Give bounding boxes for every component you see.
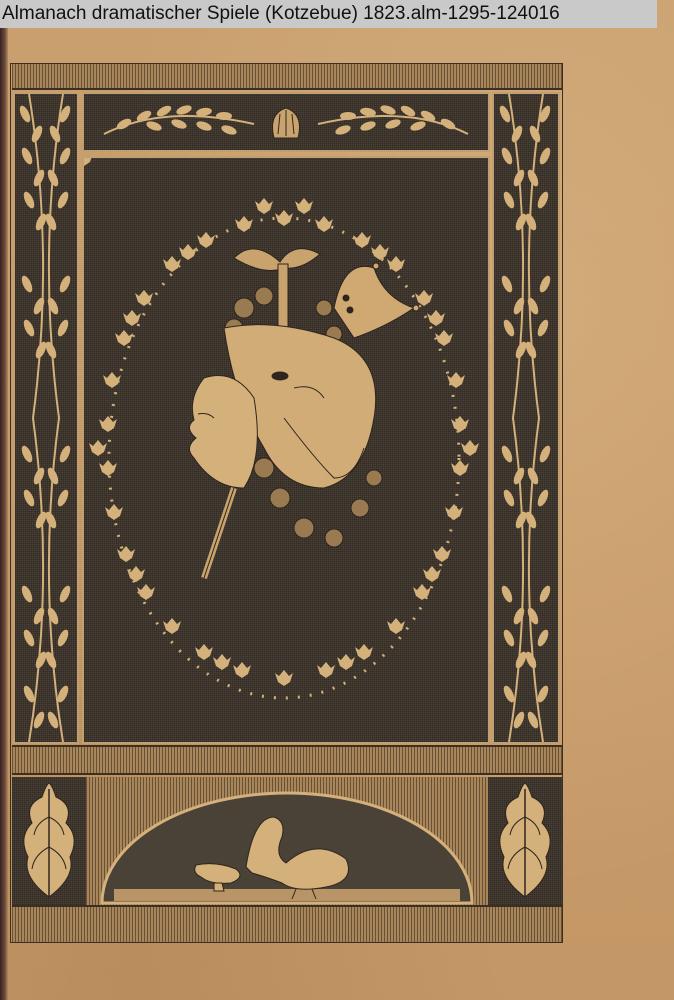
swan-with-lamp-icon [86, 777, 488, 905]
profile-mask [189, 376, 257, 489]
left-laurel-column [13, 92, 79, 744]
left-acanthus-panel [12, 777, 86, 905]
top-frieze [82, 92, 490, 152]
jester-cap [334, 263, 419, 338]
ivy-wreath-with-theatre-masks-icon [84, 158, 488, 742]
laurel-garland-icon [494, 94, 558, 742]
book-spine-edge [0, 28, 8, 1000]
lunette-panel [86, 777, 488, 905]
bottom-hatched-band [12, 905, 562, 942]
laurel-branches-with-shell-icon [84, 94, 488, 150]
acanthus-leaf-icon [12, 777, 86, 905]
top-hatched-band [12, 64, 562, 90]
window-title: Almanach dramatischer Spiele (Kotzebue) … [0, 0, 657, 28]
right-acanthus-panel [488, 777, 562, 905]
central-medallion-panel [82, 156, 490, 744]
acanthus-leaf-icon [488, 777, 562, 905]
right-laurel-column [492, 92, 560, 744]
laurel-garland-icon [15, 94, 77, 742]
lower-hatched-band [12, 745, 562, 775]
